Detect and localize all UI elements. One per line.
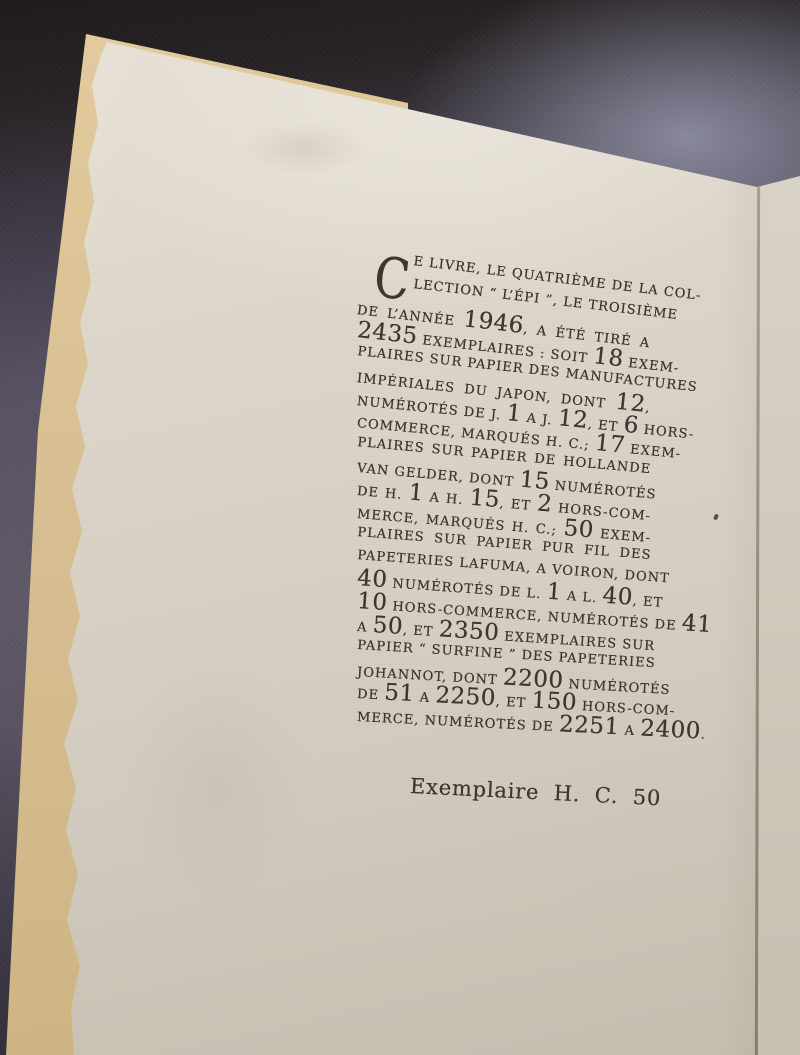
colophon-text-block: C E LIVRE, LE QUATRIÈME DE LA COL- LECTI… — [357, 251, 652, 725]
book-photo: C E LIVRE, LE QUATRIÈME DE LA COL- LECTI… — [0, 0, 800, 1055]
drop-cap-letter: C — [372, 255, 412, 305]
